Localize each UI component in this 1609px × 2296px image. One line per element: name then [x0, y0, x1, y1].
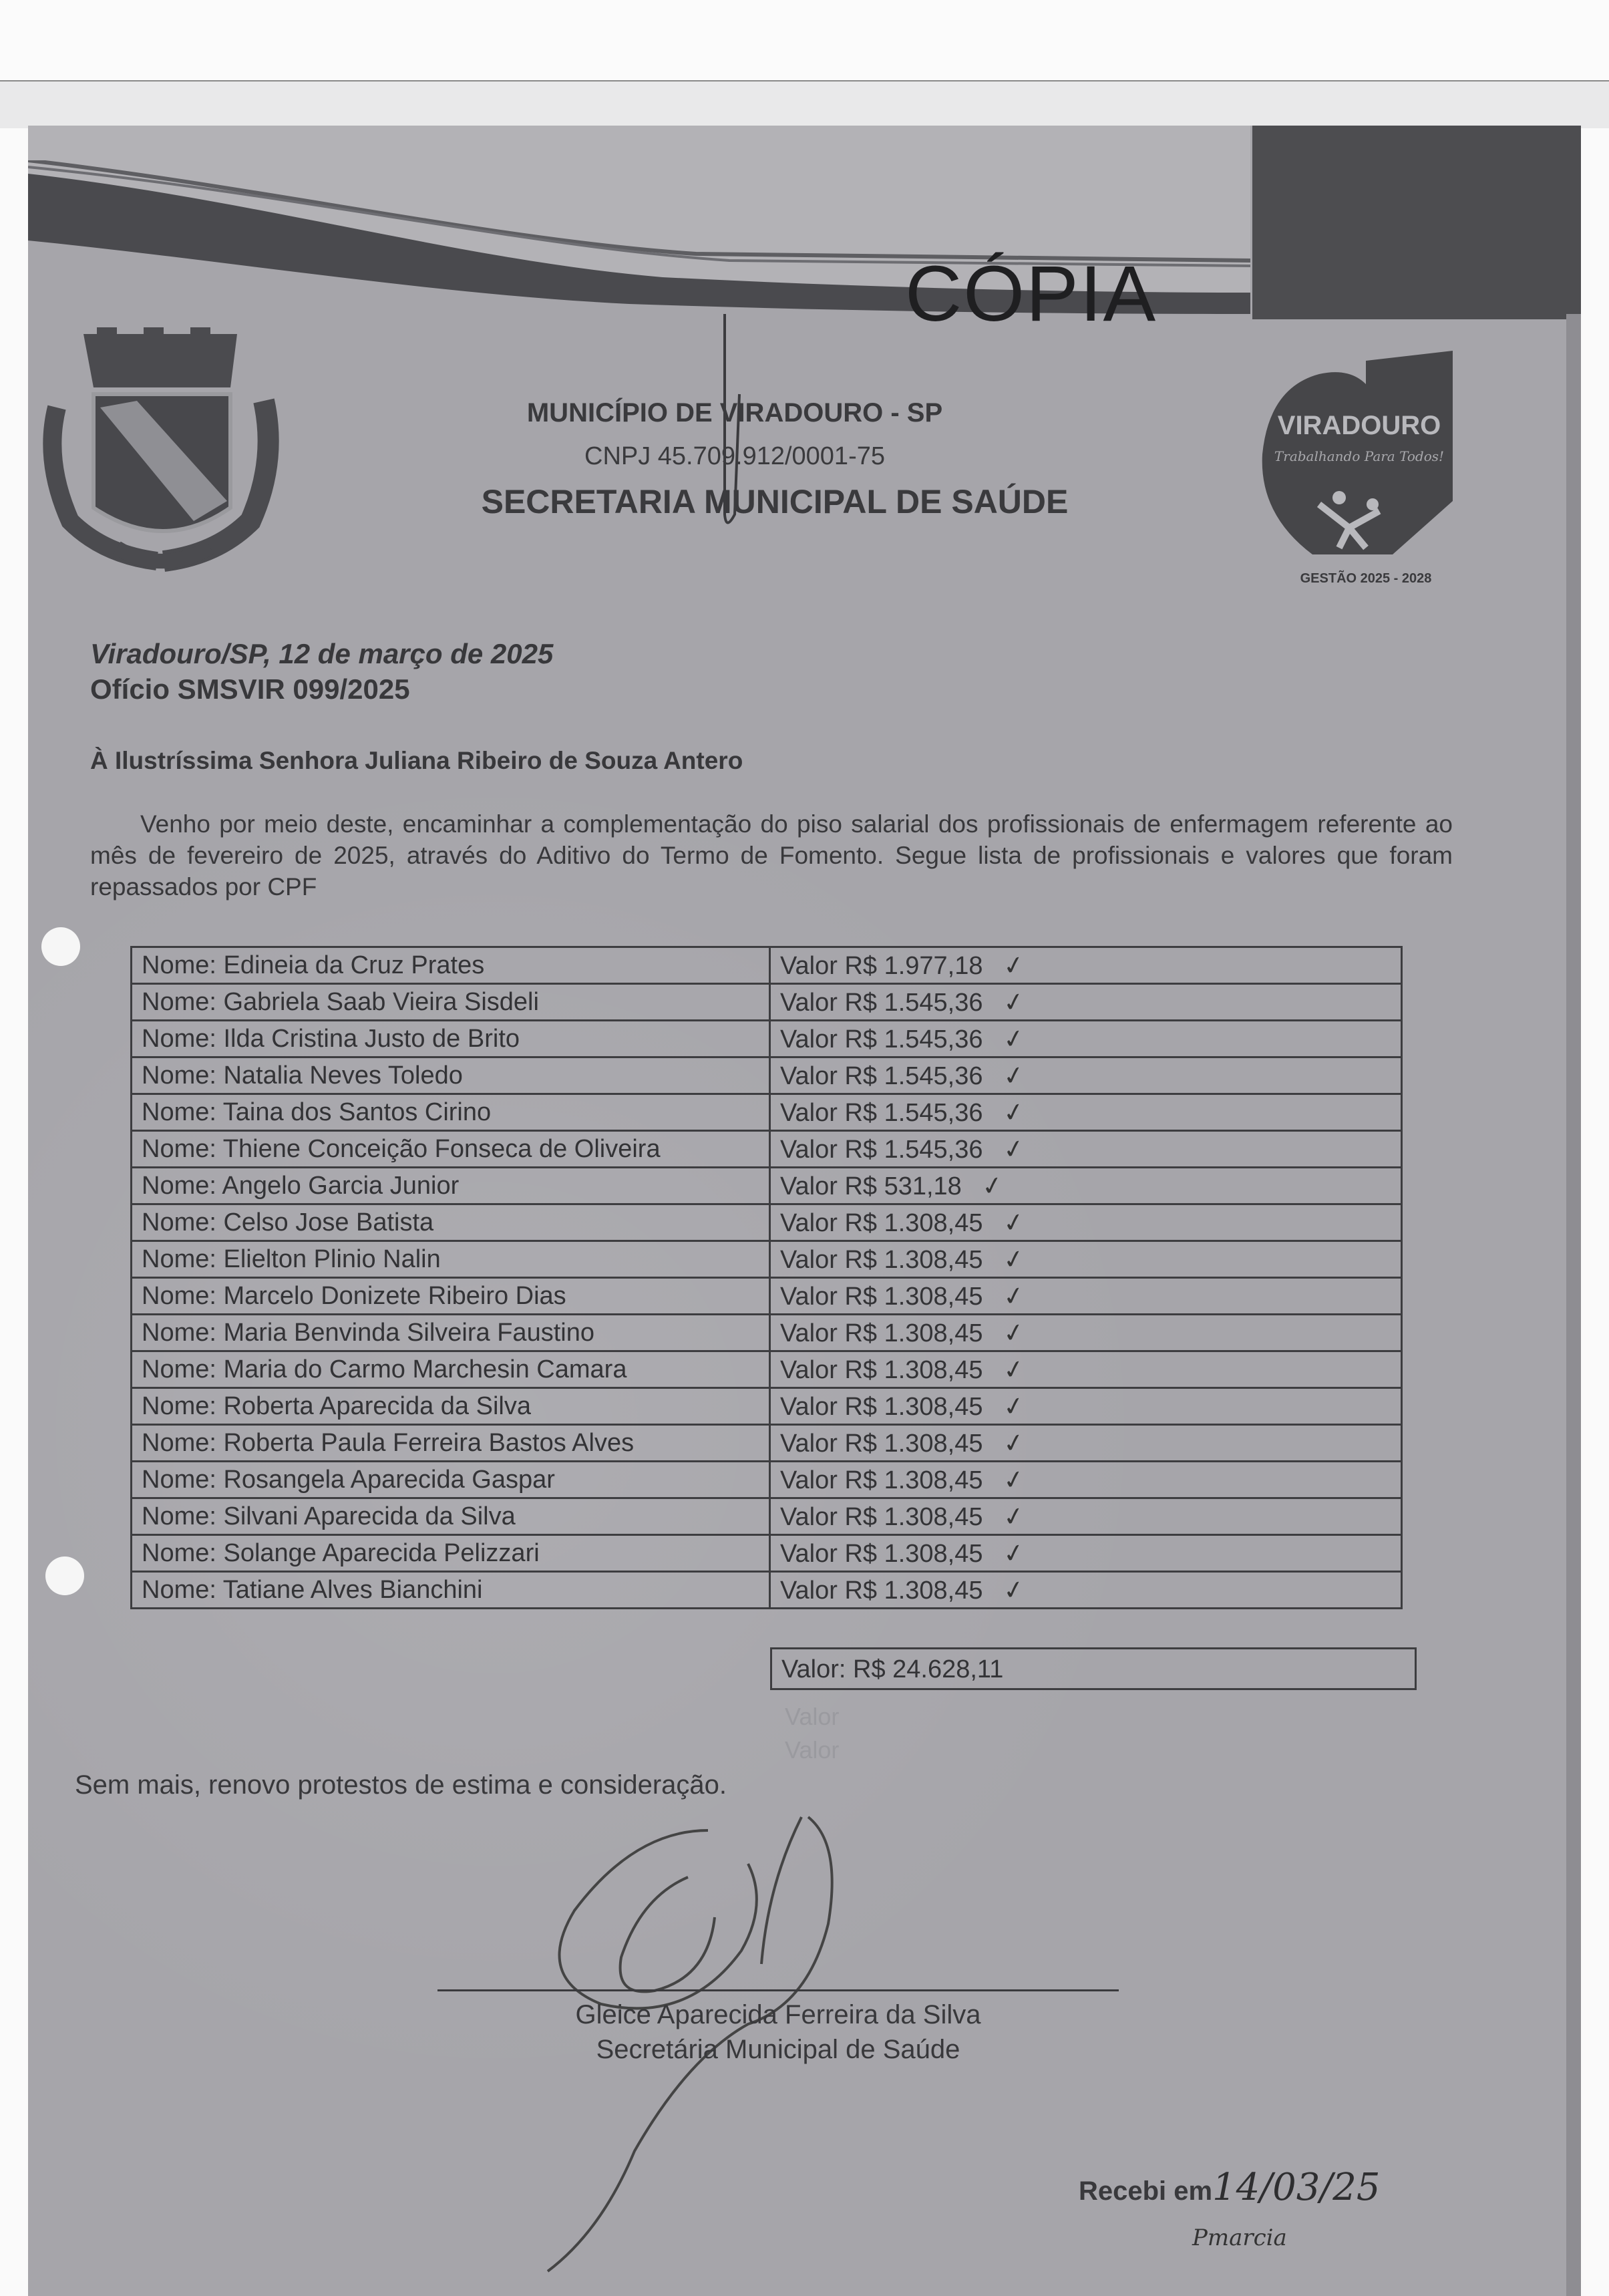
- dark-background-block: [1252, 126, 1581, 319]
- total-value: Valor: R$ 24.628,11: [770, 1647, 1417, 1690]
- payment-value-cell: Valor R$ 1.977,18✓: [770, 947, 1402, 984]
- check-mark-icon: ✓: [1001, 1132, 1027, 1166]
- professional-name: Nome: Silvani Aparecida da Silva: [132, 1498, 770, 1535]
- copy-stamp: CÓPIA: [905, 249, 1157, 339]
- svg-text:GESTÃO 2025 - 2028: GESTÃO 2025 - 2028: [1300, 570, 1432, 586]
- signer-name: Gleice Aparecida Ferreira da Silva: [401, 1997, 1155, 2032]
- payment-value-cell: Valor R$ 1.308,45✓: [770, 1425, 1402, 1462]
- payment-value: Valor R$ 1.545,36: [780, 989, 983, 1017]
- scanner-bed-margin: [0, 0, 1609, 82]
- payment-value-cell: Valor R$ 1.308,45✓: [770, 1462, 1402, 1498]
- check-mark-icon: ✓: [1001, 1353, 1027, 1386]
- payment-value-cell: Valor R$ 1.308,45✓: [770, 1241, 1402, 1278]
- payment-value-cell: Valor R$ 1.308,45✓: [770, 1351, 1402, 1388]
- table-row: Nome: Rosangela Aparecida GasparValor R$…: [132, 1462, 1402, 1498]
- table-row: Nome: Edineia da Cruz PratesValor R$ 1.9…: [132, 947, 1402, 984]
- payment-value-cell: Valor R$ 1.308,45✓: [770, 1278, 1402, 1315]
- heart-people-icon: VIRADOURO Trabalhando Para Todos! GESTÃO…: [1232, 334, 1486, 588]
- professional-name: Nome: Celso Jose Batista: [132, 1204, 770, 1241]
- professional-name: Nome: Marcelo Donizete Ribeiro Dias: [132, 1278, 770, 1315]
- payment-value: Valor R$ 531,18: [780, 1172, 962, 1200]
- check-mark-icon: ✓: [1001, 1316, 1027, 1349]
- check-mark-icon: ✓: [1001, 1500, 1027, 1533]
- check-mark-icon: ✓: [1001, 1426, 1027, 1460]
- payment-value: Valor R$ 1.545,36: [780, 1025, 983, 1053]
- professional-name: Nome: Maria do Carmo Marchesin Camara: [132, 1351, 770, 1388]
- payment-value: Valor R$ 1.545,36: [780, 1062, 983, 1090]
- svg-text:Trabalhando Para Todos!: Trabalhando Para Todos!: [1274, 448, 1444, 464]
- payment-value-cell: Valor R$ 1.308,45✓: [770, 1535, 1402, 1572]
- signer-title: Secretária Municipal de Saúde: [401, 2032, 1155, 2067]
- administration-logo: VIRADOURO Trabalhando Para Todos! GESTÃO…: [1232, 334, 1486, 588]
- professional-name: Nome: Gabriela Saab Vieira Sisdeli: [132, 984, 770, 1021]
- payment-value-cell: Valor R$ 1.545,36✓: [770, 1021, 1402, 1057]
- check-mark-icon: ✓: [1001, 1389, 1027, 1423]
- payment-value: Valor R$ 1.308,45: [780, 1503, 983, 1531]
- table-row: Nome: Angelo Garcia JuniorValor R$ 531,1…: [132, 1168, 1402, 1204]
- table-row: Nome: Taina dos Santos CirinoValor R$ 1.…: [132, 1094, 1402, 1131]
- table-row: Nome: Roberta Aparecida da SilvaValor R$…: [132, 1388, 1402, 1425]
- payment-value: Valor R$ 1.308,45: [780, 1209, 983, 1237]
- table-row: Nome: Solange Aparecida PelizzariValor R…: [132, 1535, 1402, 1572]
- payment-value: Valor R$ 1.308,45: [780, 1246, 983, 1274]
- payment-value-cell: Valor R$ 1.308,45✓: [770, 1204, 1402, 1241]
- professional-name: Nome: Rosangela Aparecida Gaspar: [132, 1462, 770, 1498]
- payment-value: Valor R$ 1.308,45: [780, 1466, 983, 1494]
- paper-band: [0, 81, 1609, 128]
- check-mark-icon: ✓: [1001, 1096, 1027, 1129]
- professional-name: Nome: Taina dos Santos Cirino: [132, 1094, 770, 1131]
- professional-name: Nome: Tatiane Alves Bianchini: [132, 1572, 770, 1609]
- payment-value-cell: Valor R$ 1.545,36✓: [770, 1094, 1402, 1131]
- professional-name: Nome: Elielton Plinio Nalin: [132, 1241, 770, 1278]
- letter-date: Viradouro/SP, 12 de março de 2025: [90, 638, 553, 670]
- check-mark-icon: ✓: [1001, 1536, 1027, 1570]
- municipal-coat-of-arms-icon: [37, 327, 284, 581]
- payment-value-cell: Valor R$ 1.545,36✓: [770, 1057, 1402, 1094]
- letter-reference: Ofício SMSVIR 099/2025: [90, 673, 410, 705]
- receipt-label: Recebi em: [1079, 2176, 1212, 2206]
- payment-value: Valor R$ 1.545,36: [780, 1099, 983, 1127]
- check-mark-icon: ✓: [1001, 1573, 1027, 1607]
- payment-table: Nome: Edineia da Cruz PratesValor R$ 1.9…: [130, 946, 1403, 1609]
- table-row: Nome: Silvani Aparecida da SilvaValor R$…: [132, 1498, 1402, 1535]
- department-name: SECRETARIA MUNICIPAL DE SAÚDE: [374, 482, 1176, 521]
- professional-name: Nome: Ilda Cristina Justo de Brito: [132, 1021, 770, 1057]
- payment-value: Valor R$ 1.308,45: [780, 1319, 983, 1347]
- punch-hole: [45, 1556, 84, 1595]
- professional-name: Nome: Edineia da Cruz Prates: [132, 947, 770, 984]
- payment-value: Valor R$ 1.308,45: [780, 1540, 983, 1568]
- payment-value: Valor R$ 1.308,45: [780, 1356, 983, 1384]
- payment-value-cell: Valor R$ 1.308,45✓: [770, 1388, 1402, 1425]
- payment-value: Valor R$ 1.308,45: [780, 1430, 983, 1458]
- check-mark-icon: ✓: [979, 1169, 1005, 1202]
- payment-value-cell: Valor R$ 1.308,45✓: [770, 1315, 1402, 1351]
- signer-block: Gleice Aparecida Ferreira da Silva Secre…: [401, 1997, 1155, 2067]
- payment-value-cell: Valor R$ 531,18✓: [770, 1168, 1402, 1204]
- check-mark-icon: ✓: [1001, 1022, 1027, 1055]
- check-mark-icon: ✓: [1001, 1059, 1027, 1092]
- professional-name: Nome: Solange Aparecida Pelizzari: [132, 1535, 770, 1572]
- table-row: Nome: Tatiane Alves BianchiniValor R$ 1.…: [132, 1572, 1402, 1609]
- receipt-date: 14/03/25: [1212, 2166, 1381, 2209]
- payment-value-cell: Valor R$ 1.545,36✓: [770, 984, 1402, 1021]
- letter-body-text: Venho por meio deste, encaminhar a compl…: [90, 810, 1453, 900]
- check-mark-icon: ✓: [1001, 1279, 1027, 1313]
- paper-clip-icon: [711, 314, 751, 534]
- check-mark-icon: ✓: [1001, 949, 1027, 982]
- payment-value: Valor R$ 1.545,36: [780, 1136, 983, 1164]
- letter-body: Venho por meio deste, encaminhar a compl…: [90, 808, 1453, 903]
- table-row: Nome: Celso Jose BatistaValor R$ 1.308,4…: [132, 1204, 1402, 1241]
- table-row: Nome: Natalia Neves ToledoValor R$ 1.545…: [132, 1057, 1402, 1094]
- professional-name: Nome: Roberta Aparecida da Silva: [132, 1388, 770, 1425]
- receipt-initials: Pmarcia: [1192, 2225, 1287, 2251]
- check-mark-icon: ✓: [1001, 1463, 1027, 1496]
- check-mark-icon: ✓: [1001, 1206, 1027, 1239]
- table-row: Nome: Gabriela Saab Vieira SisdeliValor …: [132, 984, 1402, 1021]
- payment-value-cell: Valor R$ 1.308,45✓: [770, 1498, 1402, 1535]
- payment-value: Valor R$ 1.308,45: [780, 1283, 983, 1311]
- professional-name: Nome: Maria Benvinda Silveira Faustino: [132, 1315, 770, 1351]
- payment-value-cell: Valor R$ 1.545,36✓: [770, 1131, 1402, 1168]
- professional-name: Nome: Thiene Conceição Fonseca de Olivei…: [132, 1131, 770, 1168]
- payment-value: Valor R$ 1.308,45: [780, 1393, 983, 1421]
- table-row: Nome: Marcelo Donizete Ribeiro DiasValor…: [132, 1278, 1402, 1315]
- svg-text:VIRADOURO: VIRADOURO: [1278, 411, 1441, 440]
- payment-value-cell: Valor R$ 1.308,45✓: [770, 1572, 1402, 1609]
- payment-value: Valor R$ 1.977,18: [780, 952, 983, 980]
- closing-line: Sem mais, renovo protestos de estima e c…: [75, 1770, 727, 1800]
- check-mark-icon: ✓: [1001, 985, 1027, 1019]
- letter-addressee: À Ilustríssima Senhora Juliana Ribeiro d…: [90, 747, 743, 775]
- check-mark-icon: ✓: [1001, 1243, 1027, 1276]
- table-row: Nome: Maria Benvinda Silveira FaustinoVa…: [132, 1315, 1402, 1351]
- table-row: Nome: Roberta Paula Ferreira Bastos Alve…: [132, 1425, 1402, 1462]
- table-row: Nome: Elielton Plinio NalinValor R$ 1.30…: [132, 1241, 1402, 1278]
- punch-hole: [41, 927, 80, 966]
- table-row: Nome: Thiene Conceição Fonseca de Olivei…: [132, 1131, 1402, 1168]
- page-edge-shadow: [1566, 314, 1581, 2296]
- table-row: Nome: Maria do Carmo Marchesin CamaraVal…: [132, 1351, 1402, 1388]
- bleed-through-text: Valor Valor: [785, 1700, 839, 1767]
- professional-name: Nome: Roberta Paula Ferreira Bastos Alve…: [132, 1425, 770, 1462]
- professional-name: Nome: Angelo Garcia Junior: [132, 1168, 770, 1204]
- payment-value: Valor R$ 1.308,45: [780, 1577, 983, 1605]
- signature-line: [437, 1989, 1119, 1991]
- table-row: Nome: Ilda Cristina Justo de BritoValor …: [132, 1021, 1402, 1057]
- professional-name: Nome: Natalia Neves Toledo: [132, 1057, 770, 1094]
